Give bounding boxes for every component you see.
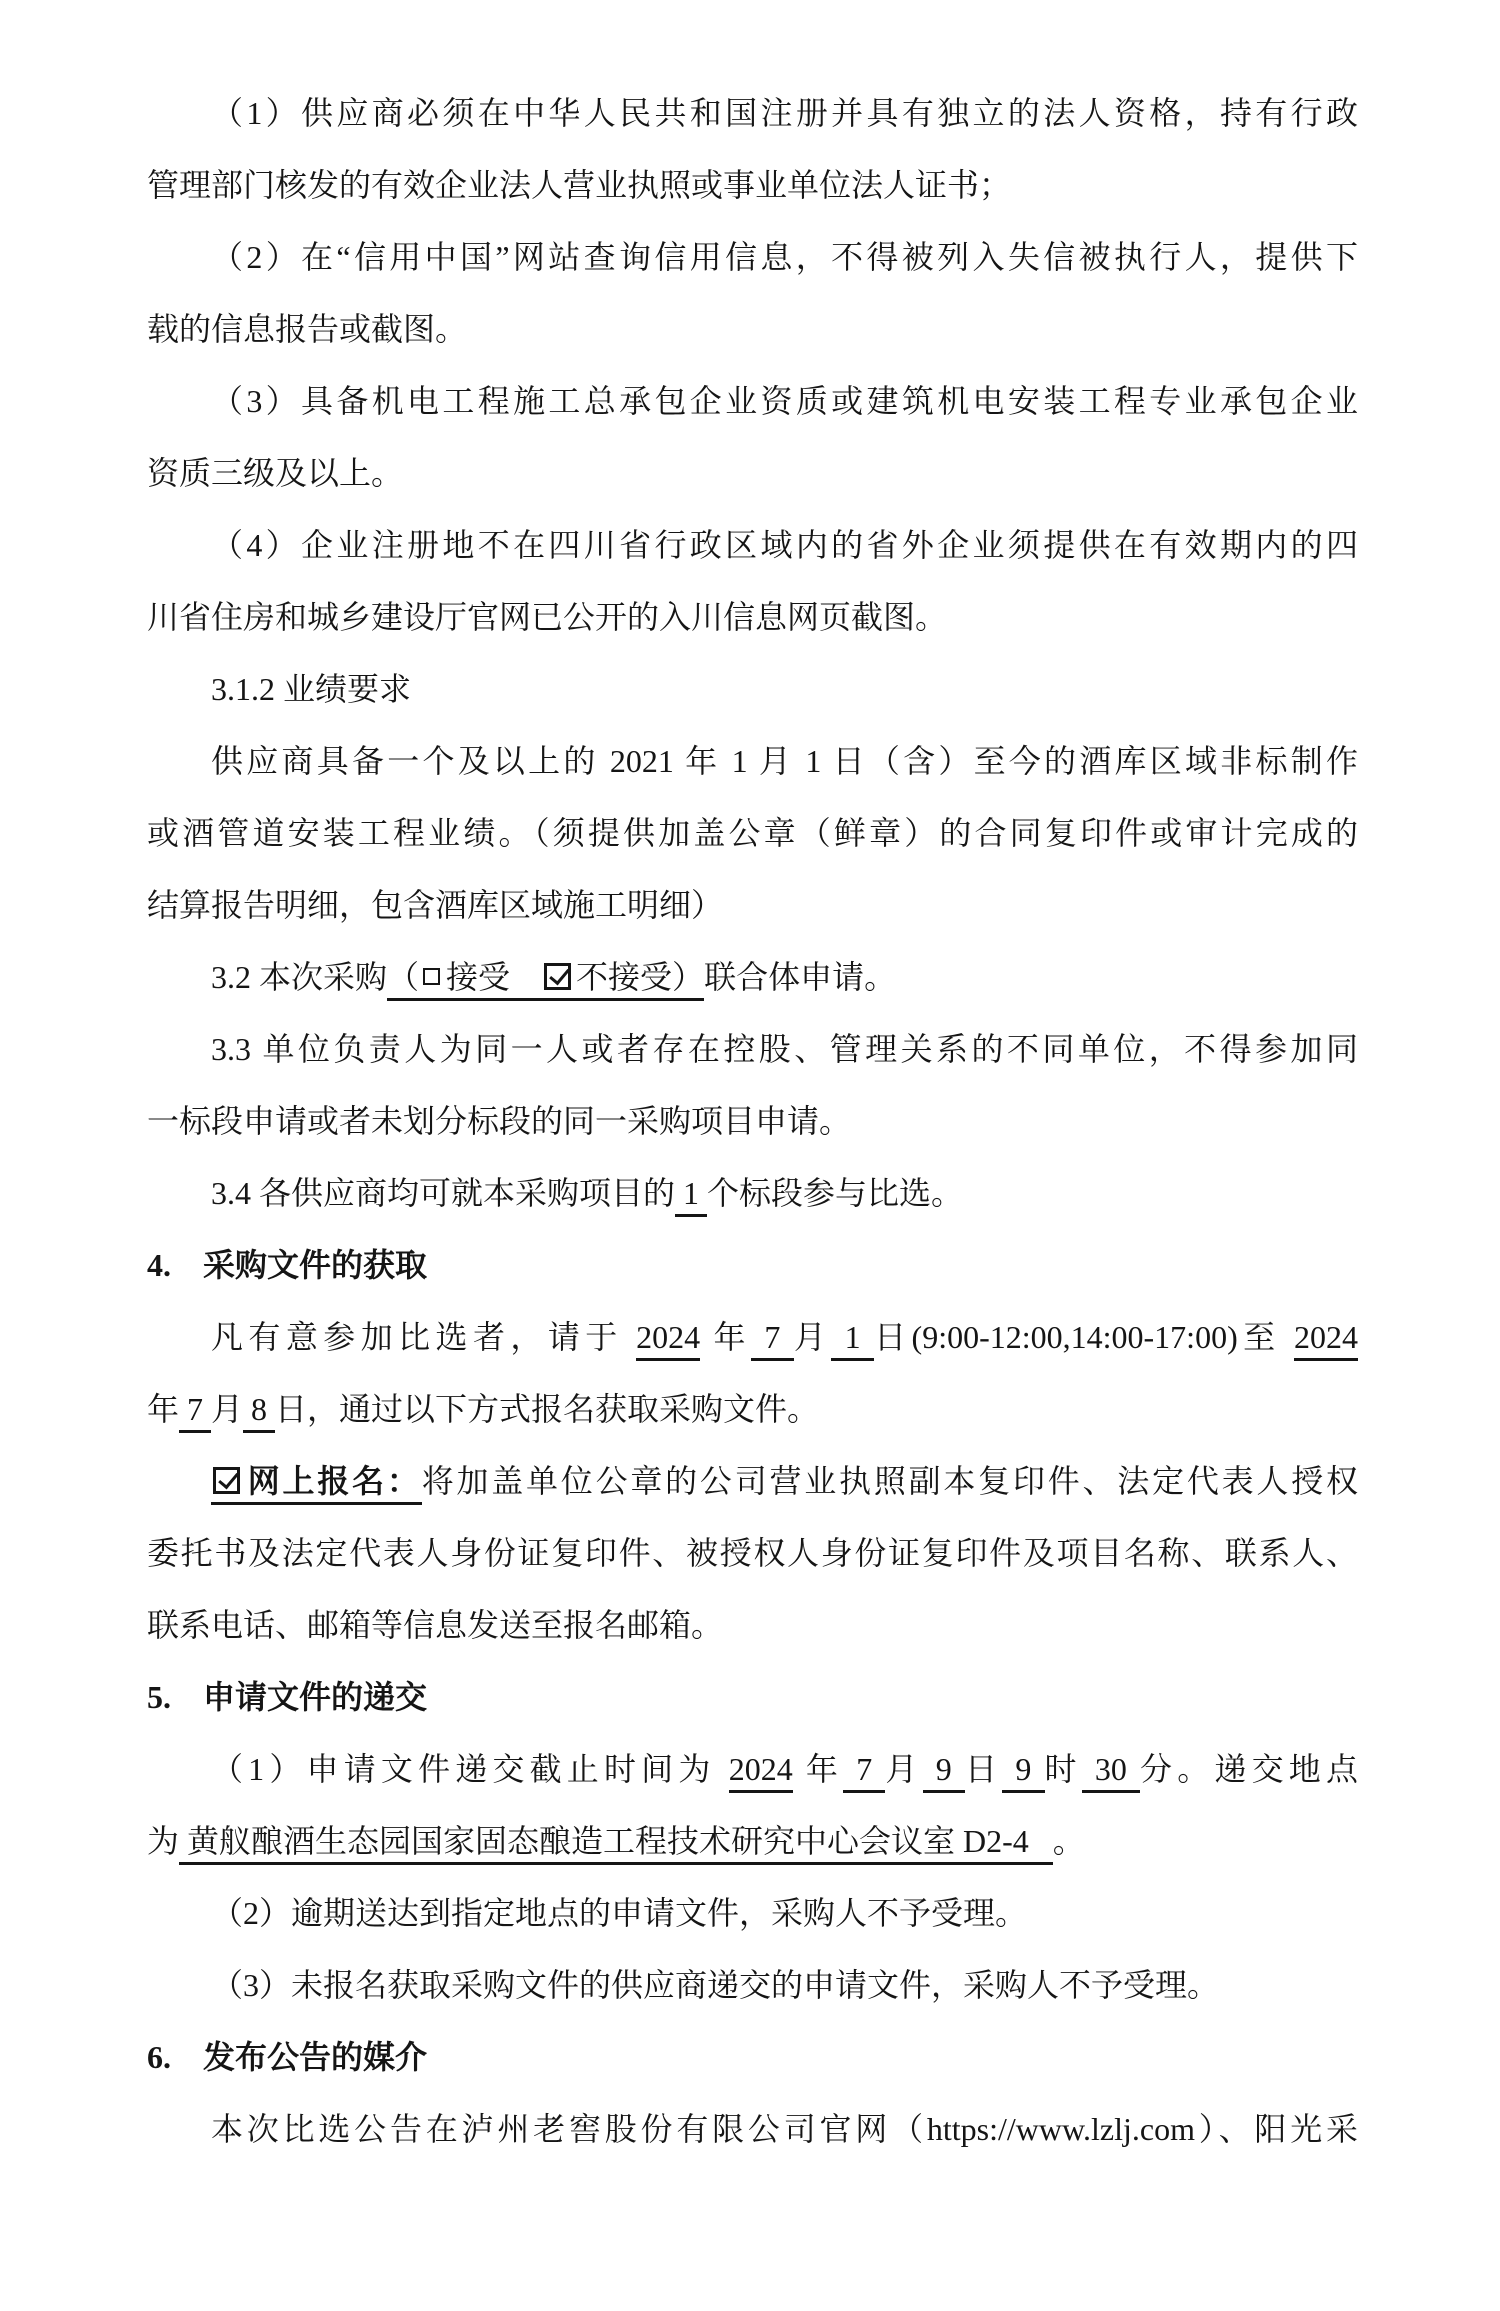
text-run: 1 xyxy=(831,1319,874,1355)
text-run: 4. 采购文件的获取 xyxy=(147,1247,427,1283)
text-run: 一标段申请或者未划分标段的同一采购项目申请。 xyxy=(147,1103,851,1139)
underlined-segment: 7 xyxy=(843,1751,885,1793)
online-signup-line-1: 网上报名：将加盖单位公章的公司营业执照副本复印件、法定代表人授权 xyxy=(147,1445,1358,1517)
clause-3-1-2-line-3: 结算报告明细，包含酒库区域施工明细） xyxy=(147,869,1358,941)
underlined-segment: （接受 不接受） xyxy=(387,959,704,1001)
text-run: 日(9:00-12:00,14:00-17:00)至 xyxy=(874,1319,1294,1355)
clause-3-1-1-item-3-line-2: 资质三级及以上。 xyxy=(147,437,1358,509)
text-run: 7 xyxy=(179,1391,211,1427)
underlined-segment: 9 xyxy=(923,1751,965,1793)
text-run: 日 xyxy=(965,1751,1002,1787)
text-run: 1 xyxy=(675,1175,707,1211)
checkbox-checked-icon xyxy=(213,1467,240,1494)
underlined-segment: 网上报名： xyxy=(211,1463,422,1505)
checkbox-checked-icon xyxy=(544,963,571,990)
text-run: 管理部门核发的有效企业法人营业执照或事业单位法人证书； xyxy=(147,167,1011,203)
text-run: 年 xyxy=(147,1391,179,1427)
text-run: 川省住房和城乡建设厅官网已公开的入川信息网页截图。 xyxy=(147,599,947,635)
text-run: 7 xyxy=(843,1751,885,1787)
online-signup-line-2: 委托书及法定代表人身份证复印件、被授权人身份证复印件及项目名称、联系人、 xyxy=(147,1517,1358,1589)
text-run: 结算报告明细，包含酒库区域施工明细） xyxy=(147,887,723,923)
text-run: 供应商具备一个及以上的 2021 年 1 月 1 日（含）至今的酒库区域非标制作 xyxy=(211,743,1358,779)
text-run: 或酒管道安装工程业绩。（须提供加盖公章（鲜章）的合同复印件或审计完成的 xyxy=(147,815,1358,851)
text-run: 个标段参与比选。 xyxy=(707,1175,963,1211)
underlined-segment: 2024 xyxy=(1294,1319,1358,1361)
section-5-item-2: （2）逾期送达到指定地点的申请文件，采购人不予受理。 xyxy=(147,1877,1358,1949)
section-6-line-1: 本次比选公告在泸州老窖股份有限公司官网（https://www.lzlj.com… xyxy=(147,2093,1358,2165)
underlined-segment: 2024 xyxy=(636,1319,700,1361)
clause-3-1-1-item-2-line-2: 载的信息报告或截图。 xyxy=(147,293,1358,365)
clause-3-2: 3.2 本次采购（接受 不接受）联合体申请。 xyxy=(147,941,1358,1013)
text-run: 9 xyxy=(923,1751,965,1787)
section-5-item-3: （3）未报名获取采购文件的供应商递交的申请文件，采购人不予受理。 xyxy=(147,1949,1358,2021)
text-run: 接受 xyxy=(446,959,542,995)
text-run: 委托书及法定代表人身份证复印件、被授权人身份证复印件及项目名称、联系人、 xyxy=(147,1535,1358,1571)
text-run: （3）未报名获取采购文件的供应商递交的申请文件，采购人不予受理。 xyxy=(211,1967,1219,2003)
text-run: 分。递交地点 xyxy=(1140,1751,1358,1787)
underlined-segment: 1 xyxy=(831,1319,874,1361)
text-run: 不接受） xyxy=(576,959,704,995)
clause-3-3-line-1: 3.3 单位负责人为同一人或者存在控股、管理关系的不同单位，不得参加同 xyxy=(147,1013,1358,1085)
clause-3-1-1-item-4-line-2: 川省住房和城乡建设厅官网已公开的入川信息网页截图。 xyxy=(147,581,1358,653)
text-run: 黄舣酿酒生态园国家固态酿造工程技术研究中心会议室 D2-4 xyxy=(179,1823,1053,1859)
clause-3-1-1-item-1-line-2: 管理部门核发的有效企业法人营业执照或事业单位法人证书； xyxy=(147,149,1358,221)
text-run: 。 xyxy=(1053,1823,1085,1859)
section-heading-5: 5. 申请文件的递交 xyxy=(147,1661,1358,1733)
section-4-line-2: 年 7 月 8 日，通过以下方式报名获取采购文件。 xyxy=(147,1373,1358,1445)
text-run: 凡有意参加比选者，请于 xyxy=(211,1319,636,1355)
checkbox-empty-icon xyxy=(423,968,440,985)
underlined-segment: 8 xyxy=(243,1391,275,1433)
text-run: 年 xyxy=(700,1319,751,1355)
text-run: 9 xyxy=(1002,1751,1044,1787)
text-run: （ xyxy=(387,959,419,995)
subsection-3-1-2-title: 3.1.2 业绩要求 xyxy=(147,653,1358,725)
text-run: 载的信息报告或截图。 xyxy=(147,311,467,347)
text-run: （3）具备机电工程施工总承包企业资质或建筑机电安装工程专业承包企业 xyxy=(211,383,1358,419)
text-run: 2024 xyxy=(636,1319,700,1355)
text-run: 时 xyxy=(1045,1751,1082,1787)
underlined-segment: 7 xyxy=(751,1319,794,1361)
section-5-item-1-line-2: 为 黄舣酿酒生态园国家固态酿造工程技术研究中心会议室 D2-4 。 xyxy=(147,1805,1358,1877)
clause-3-1-1-item-2-line-1: （2）在“信用中国”网站查询信用信息，不得被列入失信被执行人，提供下 xyxy=(147,221,1358,293)
underlined-segment: 30 xyxy=(1082,1751,1140,1793)
clause-3-1-1-item-3-line-1: （3）具备机电工程施工总承包企业资质或建筑机电安装工程专业承包企业 xyxy=(147,365,1358,437)
document-content: （1）供应商必须在中华人民共和国注册并具有独立的法人资格，持有行政管理部门核发的… xyxy=(147,77,1358,2165)
text-run: 月 xyxy=(885,1751,922,1787)
text-run: 8 xyxy=(243,1391,275,1427)
online-signup-line-3: 联系电话、邮箱等信息发送至报名邮箱。 xyxy=(147,1589,1358,1661)
text-run: 2024 xyxy=(729,1751,793,1787)
text-run: 资质三级及以上。 xyxy=(147,455,403,491)
text-run: 2024 xyxy=(1294,1319,1358,1355)
text-run: 网上报名： xyxy=(245,1463,422,1499)
section-4-line-1: 凡有意参加比选者，请于 2024 年 7 月 1 日(9:00-12:00,14… xyxy=(147,1301,1358,1373)
text-run: 日，通过以下方式报名获取采购文件。 xyxy=(275,1391,819,1427)
text-run: 为 xyxy=(147,1823,179,1859)
text-run: （1）供应商必须在中华人民共和国注册并具有独立的法人资格，持有行政 xyxy=(211,95,1358,131)
text-run: 年 xyxy=(793,1751,843,1787)
underlined-segment: 2024 xyxy=(729,1751,793,1793)
text-run: 3.3 单位负责人为同一人或者存在控股、管理关系的不同单位，不得参加同 xyxy=(211,1031,1358,1067)
underlined-segment: 9 xyxy=(1002,1751,1044,1793)
clause-3-1-1-item-1-line-1: （1）供应商必须在中华人民共和国注册并具有独立的法人资格，持有行政 xyxy=(147,77,1358,149)
clause-3-1-2-line-1: 供应商具备一个及以上的 2021 年 1 月 1 日（含）至今的酒库区域非标制作 xyxy=(147,725,1358,797)
text-run: 联系电话、邮箱等信息发送至报名邮箱。 xyxy=(147,1607,723,1643)
section-heading-6: 6. 发布公告的媒介 xyxy=(147,2021,1358,2093)
text-run: 月 xyxy=(211,1391,243,1427)
clause-3-3-line-2: 一标段申请或者未划分标段的同一采购项目申请。 xyxy=(147,1085,1358,1157)
text-run: （1）申请文件递交截止时间为 xyxy=(211,1751,729,1787)
clause-3-1-1-item-4-line-1: （4）企业注册地不在四川省行政区域内的省外企业须提供在有效期内的四 xyxy=(147,509,1358,581)
text-run: 7 xyxy=(751,1319,794,1355)
text-run: 将加盖单位公章的公司营业执照副本复印件、法定代表人授权 xyxy=(422,1463,1358,1499)
text-run: 5. 申请文件的递交 xyxy=(147,1679,427,1715)
section-heading-4: 4. 采购文件的获取 xyxy=(147,1229,1358,1301)
underlined-segment: 黄舣酿酒生态园国家固态酿造工程技术研究中心会议室 D2-4 xyxy=(179,1823,1053,1865)
text-run: 本次比选公告在泸州老窖股份有限公司官网（https://www.lzlj.com… xyxy=(211,2111,1358,2147)
text-run: 联合体申请。 xyxy=(704,959,896,995)
text-run: （2）在“信用中国”网站查询信用信息，不得被列入失信被执行人，提供下 xyxy=(211,239,1358,275)
text-run: 3.4 各供应商均可就本采购项目的 xyxy=(211,1175,675,1211)
text-run: 30 xyxy=(1082,1751,1140,1787)
text-run: 3.1.2 业绩要求 xyxy=(211,671,411,707)
clause-3-4: 3.4 各供应商均可就本采购项目的 1 个标段参与比选。 xyxy=(147,1157,1358,1229)
text-run: （4）企业注册地不在四川省行政区域内的省外企业须提供在有效期内的四 xyxy=(211,527,1358,563)
text-run: 6. 发布公告的媒介 xyxy=(147,2039,427,2075)
document-page: （1）供应商必须在中华人民共和国注册并具有独立的法人资格，持有行政管理部门核发的… xyxy=(0,0,1500,2311)
text-run: 月 xyxy=(794,1319,831,1355)
underlined-segment: 1 xyxy=(675,1175,707,1217)
section-5-item-1-line-1: （1）申请文件递交截止时间为 2024 年 7 月 9 日 9 时 30 分。递… xyxy=(147,1733,1358,1805)
clause-3-1-2-line-2: 或酒管道安装工程业绩。（须提供加盖公章（鲜章）的合同复印件或审计完成的 xyxy=(147,797,1358,869)
underlined-segment: 7 xyxy=(179,1391,211,1433)
text-run: （2）逾期送达到指定地点的申请文件，采购人不予受理。 xyxy=(211,1895,1027,1931)
text-run: 3.2 本次采购 xyxy=(211,959,387,995)
